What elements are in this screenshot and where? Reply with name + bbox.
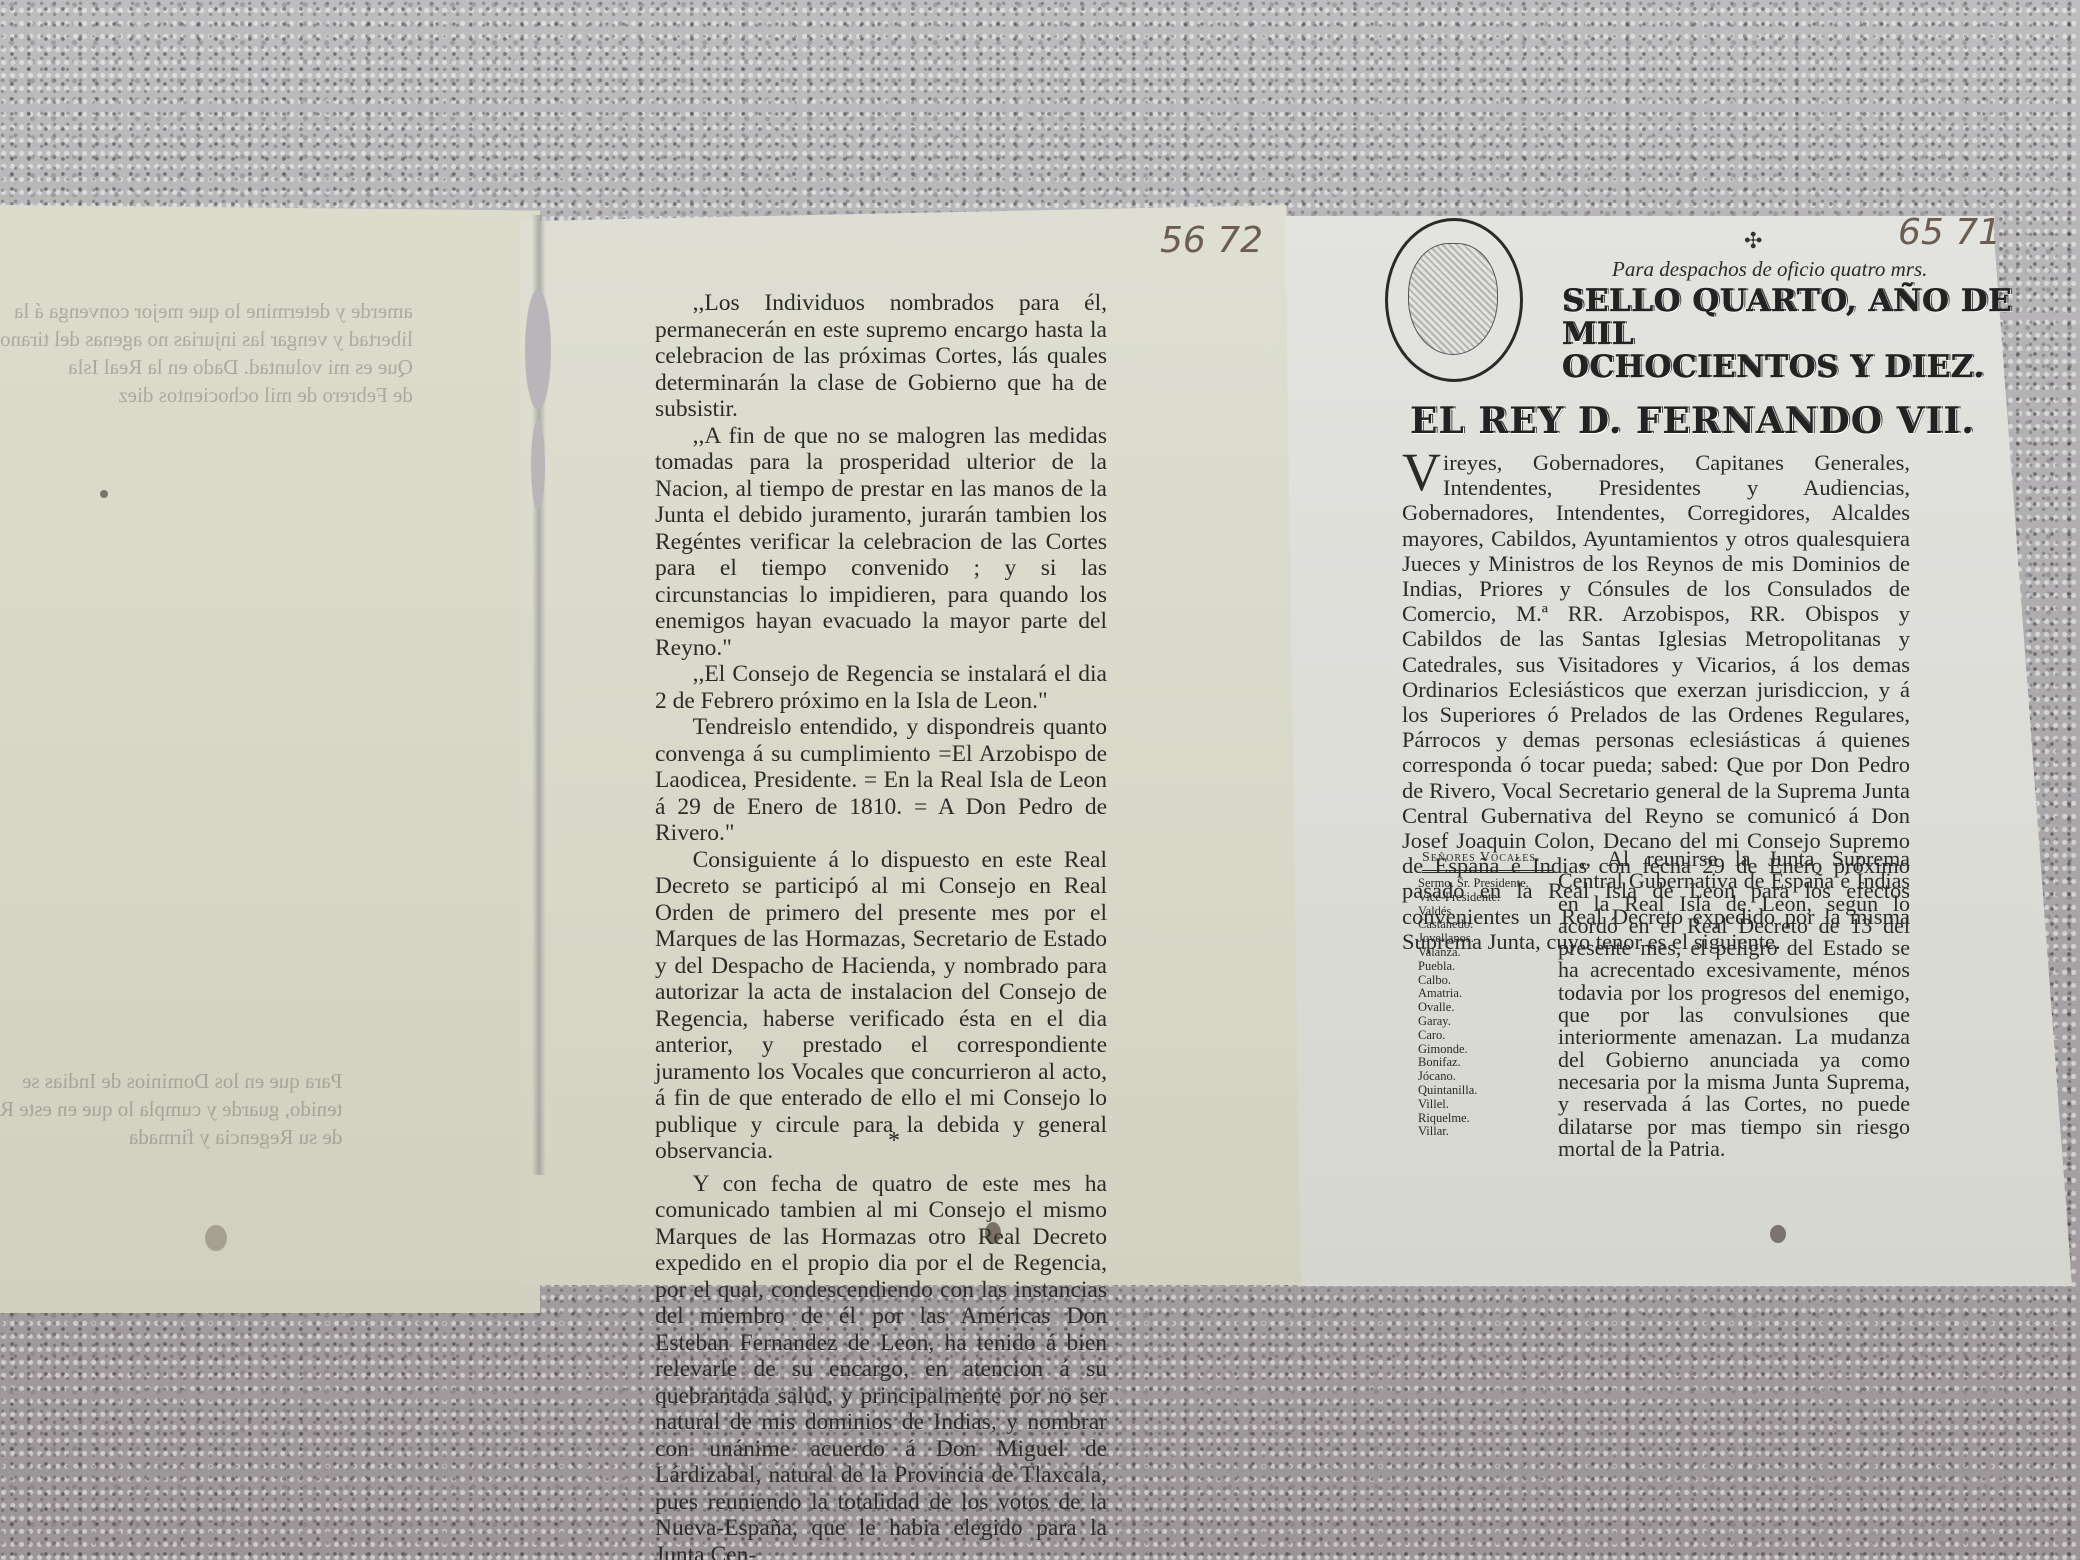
bleed-line: de Febrero de mil ochocientos diez: [0, 381, 413, 409]
stamp-title-line: OCHOCIENTOS Y DIEZ.: [1562, 351, 2080, 384]
royal-seal-stamp: FERDIN. VII. D. G. HISP. ET IND. REX: [1385, 218, 1523, 382]
bleed-through-text-bottom: Para que en los Dominios de Indias se te…: [0, 1067, 342, 1151]
stamp-title: SELLO QUARTO, AÑO DE MIL OCHOCIENTOS Y D…: [1562, 285, 2080, 384]
handwritten-folio-number: 65 71: [1898, 212, 2001, 253]
paragraph: Tendreislo entendido, y dispondreis quan…: [655, 714, 1107, 847]
vocales-list: Sermo. Sr. Presidente. Vice-Presidente. …: [1418, 877, 1548, 1139]
vocal-name: Jócano.: [1418, 1070, 1548, 1084]
rosette-ornament-icon: ✣: [1744, 228, 1762, 254]
vocal-name: Villel.: [1418, 1098, 1548, 1112]
handwritten-folio-number: 56 72: [1160, 220, 1263, 261]
bleed-line: tenido, guarde y cumpla lo que en este R: [0, 1095, 342, 1123]
vocal-name: Vice-Presidente.: [1418, 891, 1548, 905]
vocal-name: Bonifaz.: [1418, 1056, 1548, 1070]
vocal-name: Garay.: [1418, 1015, 1548, 1029]
vocal-name: Calbo.: [1418, 974, 1548, 988]
vocal-name: Ovalle.: [1418, 1001, 1548, 1015]
stamp-header: Para despachos de oficio quatro mrs.: [1612, 257, 1927, 282]
vocal-name: Puebla.: [1418, 960, 1548, 974]
vocal-name: Caro.: [1418, 1029, 1548, 1043]
ink-spot: [100, 490, 108, 498]
paper-tear: [531, 420, 545, 510]
bleed-line: libertad y vengar las injurias no agenas…: [0, 325, 413, 353]
vocal-name: Quintanilla.: [1418, 1084, 1548, 1098]
vocal-name: Castanedo.: [1418, 918, 1548, 932]
vocal-name: Amatria.: [1418, 987, 1548, 1001]
ink-stain: [985, 1222, 1001, 1244]
document-title: EL REY D. FERNANDO VII.: [1410, 400, 1975, 442]
paragraph: ,,El Consejo de Regencia se instalará el…: [655, 661, 1107, 714]
decree-text: ,, Al reunirse la Junta Suprema Central …: [1558, 848, 1910, 1160]
footer-mark: *: [888, 1128, 900, 1155]
paragraph: Y con fecha de quatro de este mes ha com…: [655, 1171, 1107, 1560]
vocales-heading: Señores Vocales.: [1422, 850, 1554, 873]
paragraph: ,, Al reunirse la Junta Suprema Central …: [1558, 848, 1910, 1160]
bleed-through-text-top: amerde y determine lo que mejor convenga…: [0, 297, 413, 409]
paragraph: ,,Los Individuos nombrados para él, perm…: [655, 290, 1107, 423]
vocal-name: Riquelme.: [1418, 1112, 1548, 1126]
vocal-name: Sermo. Sr. Presidente.: [1418, 877, 1548, 891]
vocal-name: Jovellanos.: [1418, 932, 1548, 946]
paper-tear: [525, 290, 551, 410]
ink-stain: [1770, 1225, 1786, 1243]
stamp-title-line: SELLO QUARTO, AÑO DE MIL: [1562, 285, 2080, 351]
paragraph: Consiguiente á lo dispuesto en este Real…: [655, 847, 1107, 1165]
ink-stain: [205, 1225, 227, 1251]
bleed-line: Que es mi voluntad. Dado en la Real Isla: [0, 353, 413, 381]
middle-page-body: ,,Los Individuos nombrados para él, perm…: [655, 290, 1107, 1560]
bleed-line: amerde y determine lo que mejor convenga…: [0, 297, 413, 325]
vocal-name: Villar.: [1418, 1125, 1548, 1139]
vocal-name: Gimonde.: [1418, 1043, 1548, 1057]
paragraph: ,,A fin de que no se malogren las medida…: [655, 423, 1107, 662]
left-page: amerde y determine lo que mejor convenga…: [0, 205, 540, 1313]
bleed-line: Para que en los Dominios de Indias se: [0, 1067, 342, 1095]
vocal-name: Valanza.: [1418, 946, 1548, 960]
drop-cap: V: [1402, 450, 1441, 494]
vocal-name: Valdés.: [1418, 905, 1548, 919]
bleed-line: de su Regencia y firmada: [0, 1123, 342, 1151]
coat-of-arms-icon: [1408, 243, 1498, 355]
